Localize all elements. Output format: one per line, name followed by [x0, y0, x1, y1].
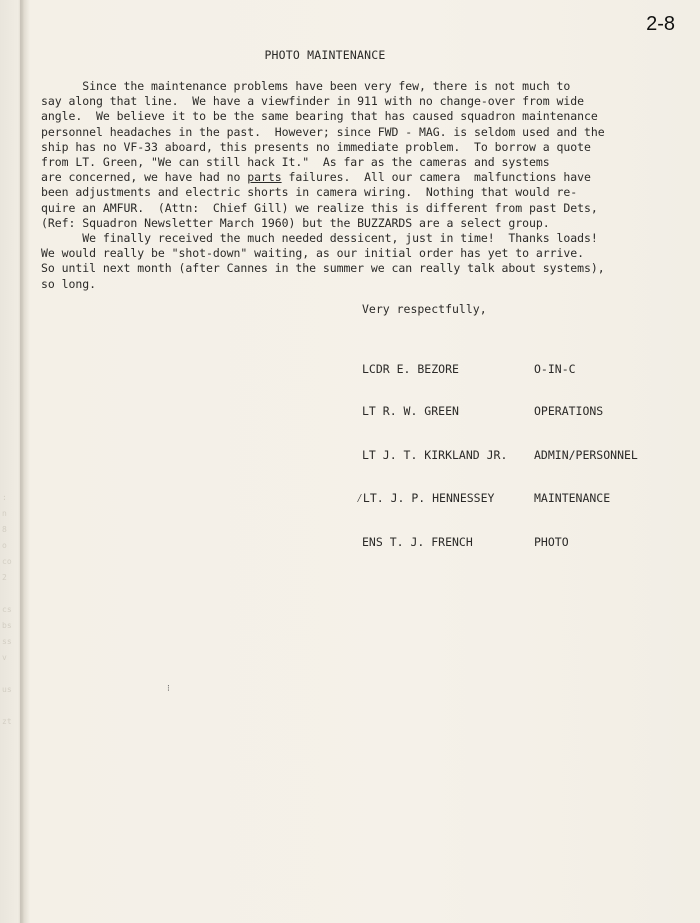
text-line: We would really be "shot-down" waiting, … [41, 246, 681, 261]
page-number: 2-8 [646, 13, 675, 36]
bleed-through-marks: :n8oco2csbsssvuszt [2, 490, 16, 720]
signatory-name: ENS T. J. FRENCH [362, 535, 473, 549]
signatory-role: PHOTO [534, 535, 569, 549]
stray-mark: ⁝ [167, 684, 170, 698]
document-page: :n8oco2csbsssvuszt 2-8 PHOTO MAINTENANCE… [0, 0, 700, 923]
text-line: say along that line. We have a viewfinde… [41, 94, 681, 109]
text-line: So until next month (after Cannes in the… [41, 261, 681, 276]
text-line: (Ref: Squadron Newsletter March 1960) bu… [41, 216, 681, 231]
signatory-role: MAINTENANCE [534, 491, 610, 505]
text-line: angle. We believe it to be the same bear… [41, 109, 681, 124]
text-line: personnel headaches in the past. However… [41, 125, 681, 140]
underlined-word: parts [247, 170, 281, 184]
signatory-role: O-IN-C [534, 362, 576, 376]
text-line: ship has no VF-33 aboard, this presents … [41, 140, 681, 155]
text-line: from LT. Green, "We can still hack It." … [41, 155, 681, 170]
closing-salutation: Very respectfully, [362, 302, 487, 316]
signatory-name: LT R. W. GREEN [362, 404, 459, 418]
signatory-name: LT J. T. KIRKLAND JR. [362, 448, 507, 462]
section-title: PHOTO MAINTENANCE [0, 48, 650, 62]
signatory-name: LCDR E. BEZORE [362, 362, 459, 376]
text-line: Since the maintenance problems have been… [41, 79, 681, 94]
text-line: We finally received the much needed dess… [41, 231, 681, 246]
signatory-role: OPERATIONS [534, 404, 603, 418]
text-line: quire an AMFUR. (Attn: Chief Gill) we re… [41, 201, 681, 216]
body-paragraphs: Since the maintenance problems have been… [41, 79, 681, 292]
signatory-role: ADMIN/PERSONNEL [534, 448, 638, 462]
text-line: been adjustments and electric shorts in … [41, 185, 681, 200]
binding-shadow [20, 0, 24, 923]
text-line: are concerned, we have had no parts fail… [41, 170, 681, 185]
signatory-name: ⁄LT. J. P. HENNESSEY [356, 491, 494, 506]
text-line: so long. [41, 277, 681, 292]
